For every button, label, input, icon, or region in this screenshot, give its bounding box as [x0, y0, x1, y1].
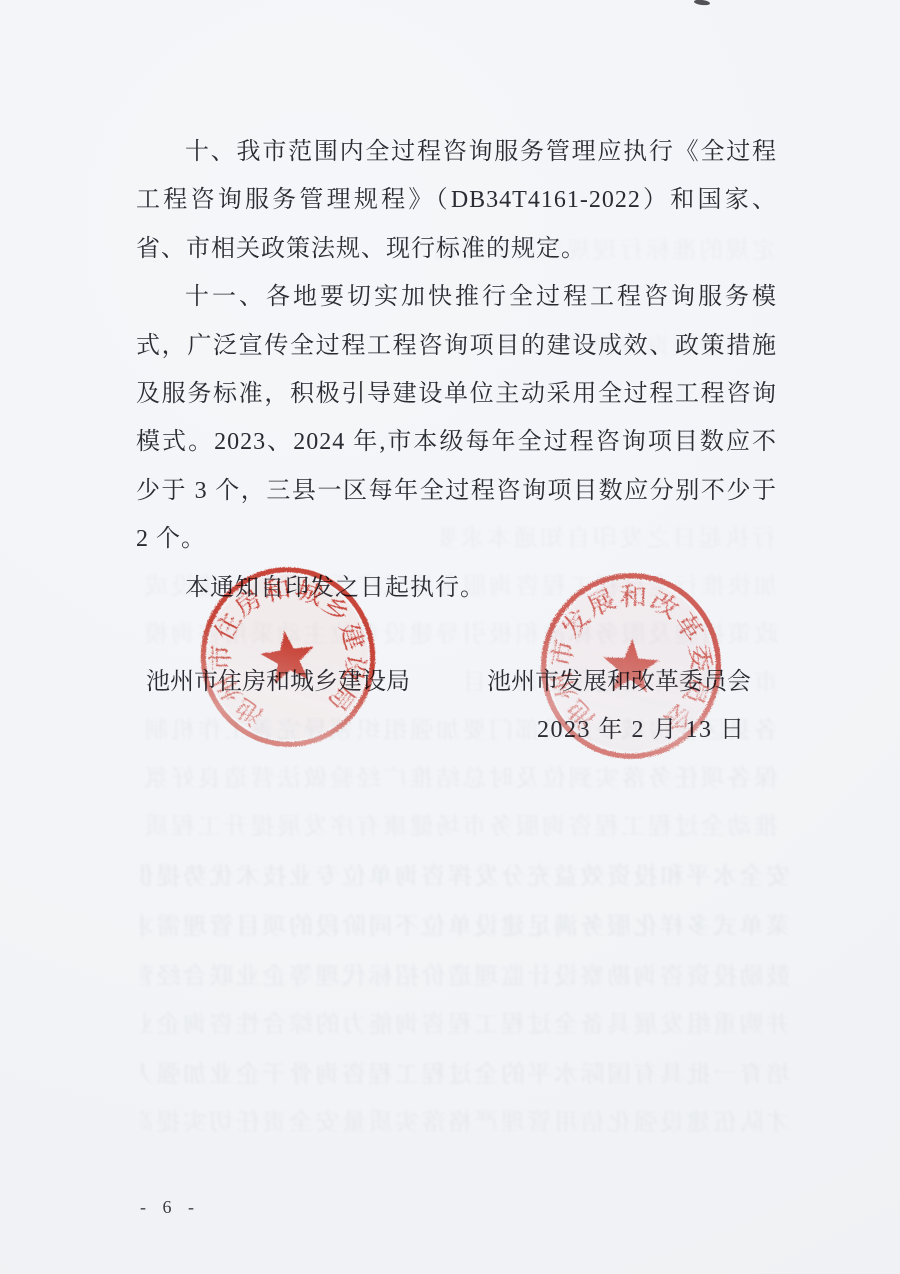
body-paragraph-11: 十一、各地要切实加快推行全过程工程咨询服务模式，广泛宣传全过程工程咨询项目的建设… — [136, 273, 777, 563]
document-body: 十、我市范围内全过程咨询服务管理应执行《全过程工程咨询服务管理规程》（DB34T… — [136, 128, 777, 612]
bleed-through-row: 推动全过程工程咨询服务市场健康有序发展提升工程质量 — [140, 806, 778, 836]
bleed-through-row: 政策措施及服务标准积极引导建设单位主动采用咨询模式 — [140, 614, 778, 644]
issue-date: 2023 年 2 月 13 日 — [537, 717, 746, 743]
bleed-through-row: 安全水平和投资效益充分发挥咨询单位专业技术优势提供 — [140, 856, 790, 886]
bleed-through-row: 才队伍建设强化信用管理严格落实质量安全责任切实提高 — [140, 1102, 790, 1132]
issuer-left-name: 池州市住房和城乡建设局 — [146, 669, 410, 695]
bleed-through-row: 鼓励投资咨询勘察设计监理造价招标代理等企业联合经营 — [140, 956, 790, 986]
page-number: - 6 - — [140, 1197, 200, 1218]
issuer-right-name: 池州市发展和改革委员会 — [487, 669, 751, 695]
bleed-through-row: 并购重组发展具备全过程工程咨询能力的综合性咨询企业 — [140, 1004, 790, 1034]
bleed-through-row: 保各项任务落实到位及时总结推广经验做法营造良好氛围 — [140, 758, 778, 788]
scanned-document-page: 定规的准标行现规法策政关相家国和 式模务服询咨程工程过全 行执起日之发印自知通本… — [0, 0, 900, 1274]
bleed-through-row: 菜单式多样化服务满足建设单位不同阶段的项目管理需求 — [140, 906, 790, 936]
body-paragraph-10: 十、我市范围内全过程咨询服务管理应执行《全过程工程咨询服务管理规程》（DB34T… — [136, 128, 777, 273]
scan-smudge-mark — [694, 0, 710, 6]
bleed-through-row: 培育一批具有国际水平的全过程工程咨询骨干企业加强人 — [140, 1054, 790, 1084]
body-paragraph-closing: 本通知自印发之日起执行。 — [136, 564, 777, 612]
